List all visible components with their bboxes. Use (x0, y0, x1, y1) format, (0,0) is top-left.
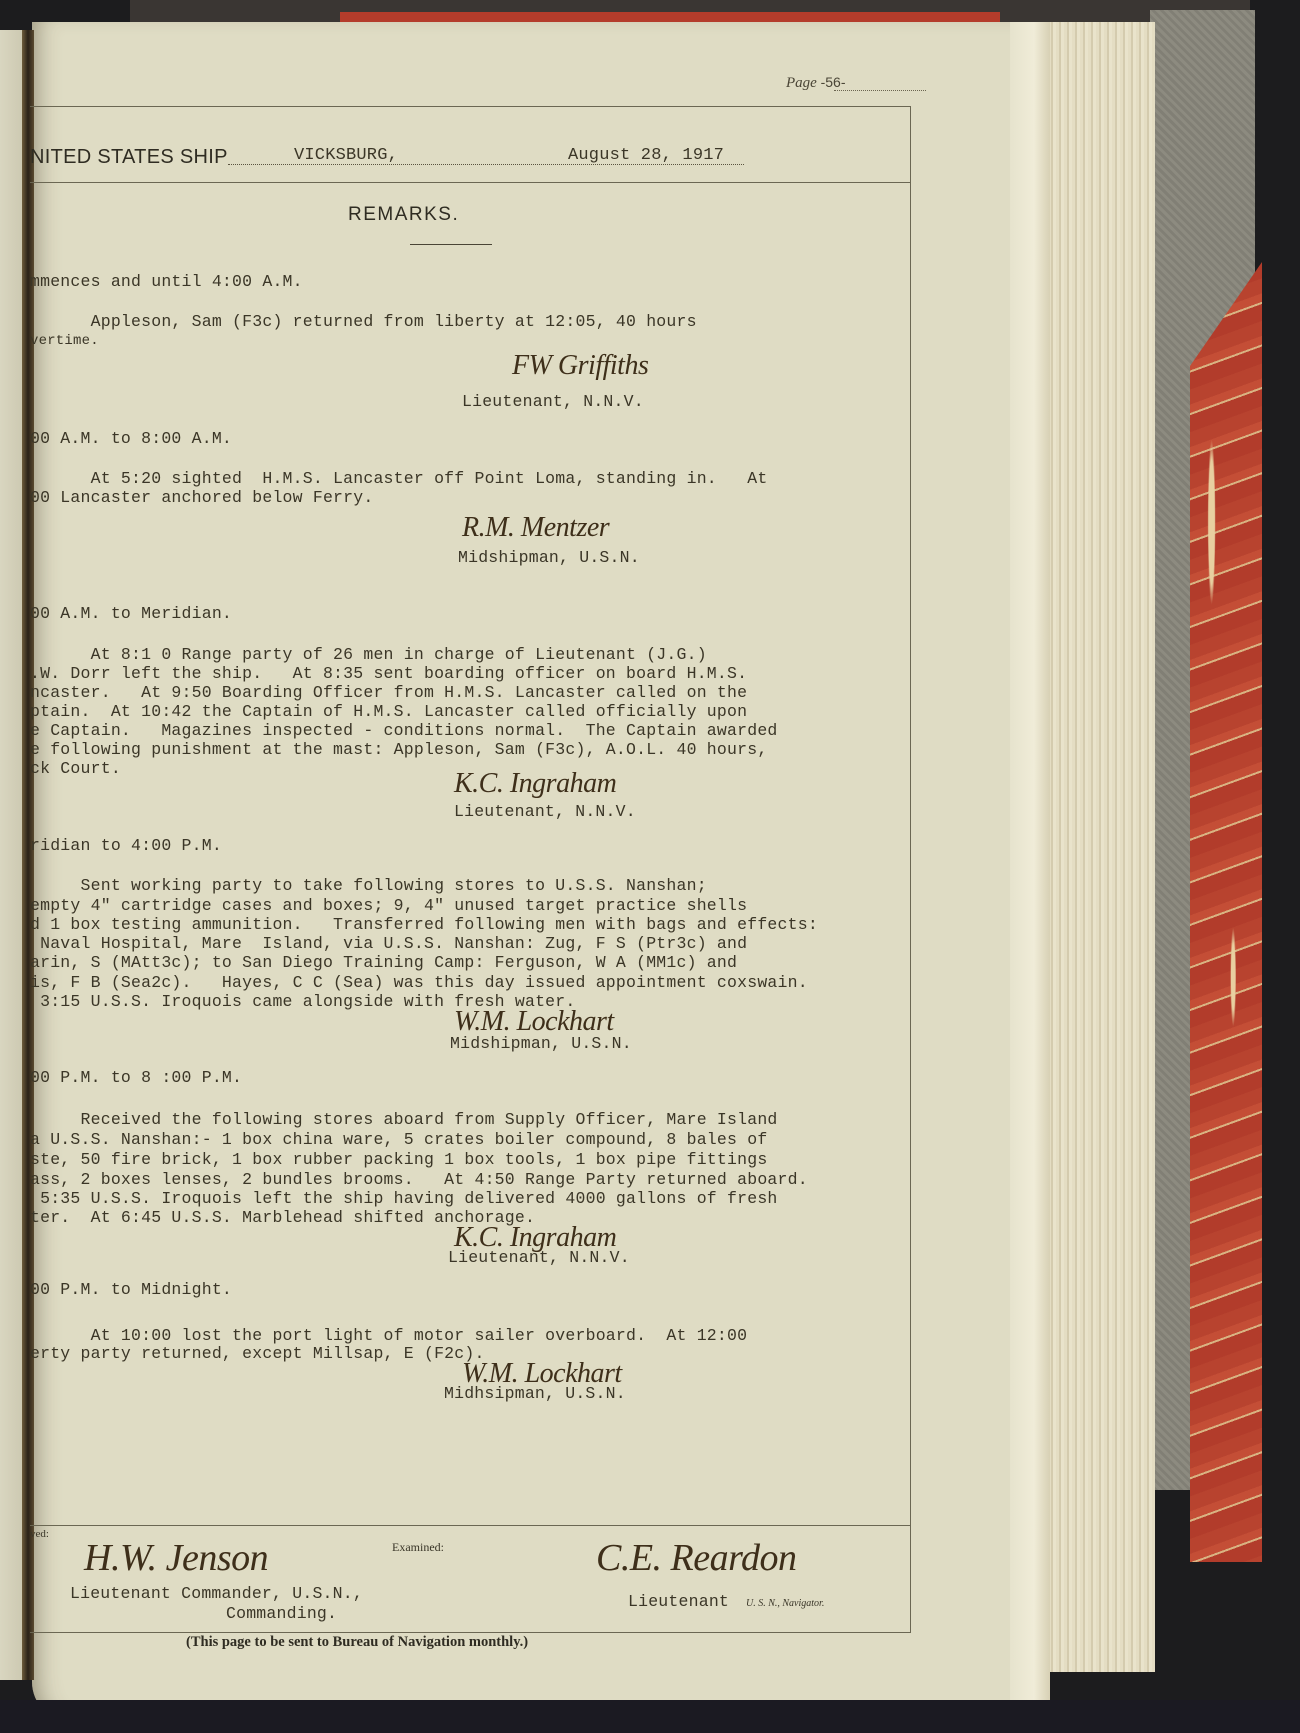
watch-line: Received the following stores aboard fro… (30, 1110, 778, 1129)
officer-rank: Lieutenant, N.N.V. (448, 1248, 630, 1267)
watch-line: a U.S.S. Nanshan:- 1 box china ware, 5 c… (30, 1130, 767, 1149)
officer-rank: Midshipman, U.S.N. (458, 548, 640, 567)
navigator-rank-printed: U. S. N., Navigator. (746, 1598, 824, 1609)
approved-label: ved: (30, 1528, 49, 1540)
watch-line: At 5:20 sighted H.M.S. Lancaster off Poi… (30, 469, 767, 488)
watch-line: ncaster. At 9:50 Boarding Officer from H… (30, 683, 747, 702)
watch-heading: 00 A.M. to 8:00 A.M. (30, 429, 232, 448)
officer-rank: Midshipman, U.S.N. (450, 1034, 632, 1053)
page-curl (1010, 22, 1050, 1722)
watch-line: is, F B (Sea2c). Hayes, C C (Sea) was th… (30, 973, 808, 992)
page-label: Page (786, 75, 817, 91)
watch-line: d 1 box testing ammunition. Transferred … (30, 915, 818, 934)
watch-line: Appleson, Sam (F3c) returned from libert… (30, 312, 697, 331)
page-number-value: -56- (821, 74, 846, 90)
officer-rank: Lieutenant, N.N.V. (454, 802, 636, 821)
watch-line: 00 Lancaster anchored below Ferry. (30, 488, 373, 507)
watch-line: ste, 50 fire brick, 1 box rubber packing… (30, 1150, 767, 1169)
watch-heading: 00 P.M. to Midnight. (30, 1280, 232, 1299)
watch-line: e following punishment at the mast: Appl… (30, 740, 767, 759)
form-frame (30, 106, 911, 1633)
watch-line: empty 4" cartridge cases and boxes; 9, 4… (30, 896, 747, 915)
watch-line: erty party returned, except Millsap, E (… (30, 1344, 485, 1363)
watch-line: ass, 2 boxes lenses, 2 bundles brooms. A… (30, 1170, 808, 1189)
watch-line: e Captain. Magazines inspected - conditi… (30, 721, 778, 740)
navigator-signature: C.E. Reardon (596, 1536, 797, 1580)
officer-signature: FW Griffiths (512, 350, 648, 382)
watch-line: .W. Dorr left the ship. At 8:35 sent boa… (30, 664, 747, 683)
watch-line: vertime. (30, 333, 99, 349)
watch-heading: ridian to 4:00 P.M. (30, 836, 222, 855)
watch-line: At 10:00 lost the port light of motor sa… (30, 1326, 747, 1345)
officer-rank: Midhsipman, U.S.N. (444, 1384, 626, 1403)
officer-signature: K.C. Ingraham (454, 768, 616, 800)
navigator-rank: Lieutenant (628, 1592, 729, 1611)
commander-rank: Lieutenant Commander, U.S.N., (70, 1584, 363, 1603)
examined-label: Examined: (392, 1540, 444, 1555)
marbled-endpaper (1190, 262, 1262, 1562)
submission-note: (This page to be sent to Bureau of Navig… (186, 1634, 528, 1651)
section-title: REMARKS. (348, 204, 459, 226)
watch-line: arin, S (MAtt3c); to San Diego Training … (30, 953, 737, 972)
watch-line: 5:35 U.S.S. Iroquois left the ship havin… (30, 1189, 778, 1208)
commander-rank-line2: Commanding. (226, 1604, 337, 1623)
officer-signature: R.M. Mentzer (462, 512, 609, 544)
footer-rule (30, 1525, 910, 1526)
watch-line: ptain. At 10:42 the Captain of H.M.S. La… (30, 702, 747, 721)
watch-line: ck Court. (30, 759, 121, 778)
log-date: August 28, 1917 (568, 146, 724, 165)
commander-signature: H.W. Jenson (84, 1536, 268, 1580)
ship-name: VICKSBURG, (294, 146, 398, 165)
watch-heading: 00 P.M. to 8 :00 P.M. (30, 1068, 242, 1087)
title-underline (410, 244, 492, 245)
watch-line: Naval Hospital, Mare Island, via U.S.S. … (30, 934, 747, 953)
page-number-rule (834, 90, 926, 91)
ship-label: NITED STATES SHIP (30, 146, 228, 169)
watch-line: Sent working party to take following sto… (30, 876, 707, 895)
watch-line: At 8:1 0 Range party of 26 men in charge… (30, 645, 707, 664)
officer-rank: Lieutenant, N.N.V. (462, 392, 644, 411)
background-bottom (0, 1700, 1300, 1733)
watch-heading: mmences and until 4:00 A.M. (30, 272, 303, 291)
watch-heading: 00 A.M. to Meridian. (30, 604, 232, 623)
page-block-edges (1040, 22, 1155, 1672)
header-rule (30, 182, 910, 183)
